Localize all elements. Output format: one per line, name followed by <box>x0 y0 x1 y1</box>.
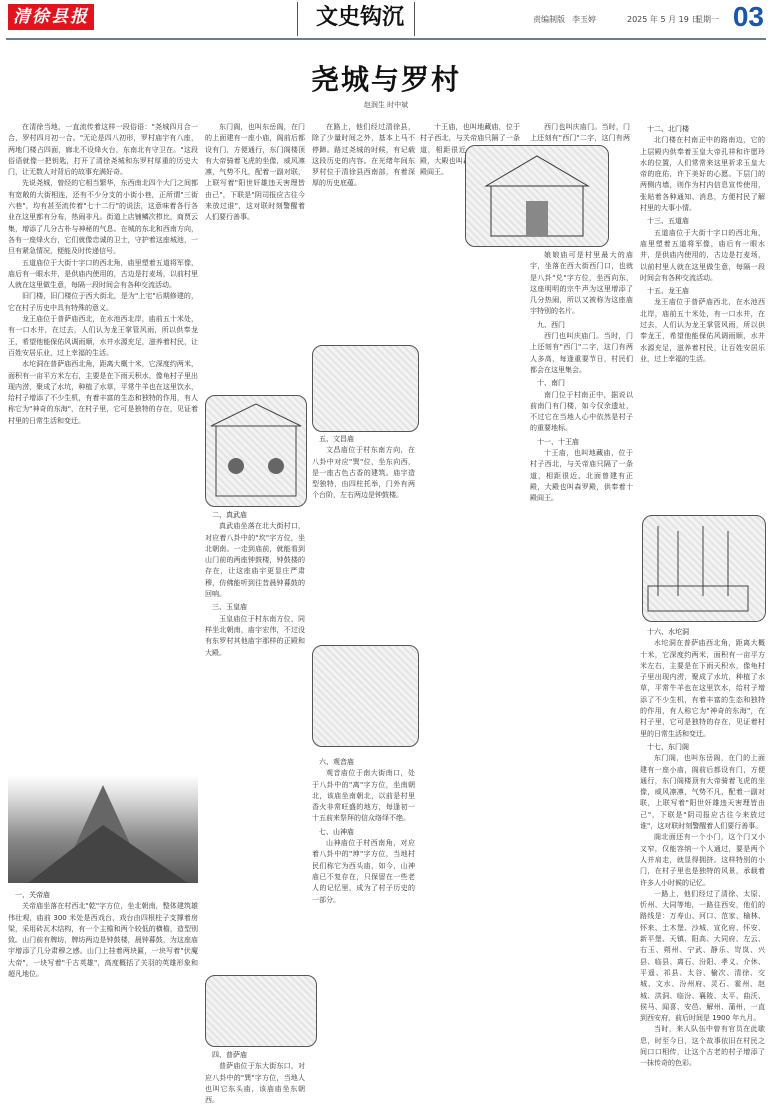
paragraph: 当时，来人队伍中曾有官员在此歇息，时至今日，这个故事依旧在村民之间口口相传，让这… <box>640 1024 765 1069</box>
paragraph: 旧门楼，旧门楼位于西大街北，是为"上宅"后期修建的，它在村子历史中具有特殊的意义… <box>8 291 198 314</box>
masthead: 清徐县报 文史钩沉 责编制版 李玉婷 2025 年 5 月 19 日 星期一 0… <box>0 0 772 40</box>
paragraph: 五道庙位于大街十字口的西北角，庙里塑着五道将军像，庙后有一眼水井，是供庙内使用的… <box>8 258 198 292</box>
paragraph: 关帝庙坐落在村西北"乾"字方位，坐北朝南，整体建筑雄伟壮观，庙前 300 米处是… <box>8 901 198 980</box>
gate-building-icon <box>466 146 608 246</box>
weekday: 星期一 <box>695 14 719 25</box>
paragraph: 龙王庙位于普萨庙西北，在水池西北岸，庙前五十米处，有一口水井，在过去，人们认为龙… <box>8 314 198 359</box>
section-heading: 十、南门 <box>530 378 633 389</box>
paragraph: 一路上，他们经过了清徐、太原、忻州、大同等地，一路往西安，他们的路线是：万寿山、… <box>640 889 765 1025</box>
temple-roof-icon <box>8 775 198 883</box>
section-heading: 十二、北门楼 <box>640 124 765 135</box>
paragraph: 西门也叫庆庙门。当时，门上还刻有"西门"二字，这门有两人多高，每逢重要节日，村民… <box>530 122 630 144</box>
column-6: 十二、北门楼 北门楼在村南正中的路南边，它的上层殿内供奉着玉皇大帝孔祥和许愿玲水… <box>640 122 765 532</box>
article-title: 尧城与罗村 <box>0 58 772 98</box>
newspaper-logo: 清徐县报 <box>8 4 94 30</box>
divider <box>297 2 298 36</box>
column-3c: 六、观音庙 观音庙位于南大街南口，处于八卦中的"离"字方位，坐南朝北，该庙坐南朝… <box>312 755 415 1106</box>
paragraph: 十王庙，也叫地藏庙，位于村子西北，与关帝庙只隔了一条道，相距很近，北面曾建有正殿… <box>530 448 633 504</box>
byline: 赵润生 时中斌 <box>0 100 772 110</box>
paragraph: 山神庙位于村西南角，对应着八卦中的"坤"字方位，当地村民们称它为西头庙，如今，山… <box>312 838 415 906</box>
section-heading: 九、西门 <box>530 320 633 331</box>
paragraph: 娘娘庙可是村里最大的庙宇，坐落在西大街西门口，也就是八卦"兑"字方位，坐西向东，… <box>530 250 633 318</box>
issue-date: 2025 年 5 月 19 日 <box>627 14 699 25</box>
paragraph: 龙王庙位于普萨庙西北，在水池西北岸，庙前五十米处，有一口水井，在过去，人们认为龙… <box>640 297 765 365</box>
column-3b: 五、文昌庙 文昌庙位于村东南方向，在八卦中对应"巽"位，坐东向西，是一座古色古香… <box>312 432 415 602</box>
header-rule <box>6 38 766 40</box>
longwang-temple-drawing <box>642 515 766 622</box>
section-heading: 三、玉皇庙 <box>205 602 305 613</box>
column-5: 娘娘庙可是村里最大的庙宇，坐落在西大街西门口，也就是八卦"兑"字方位，坐西向东，… <box>530 250 633 1106</box>
paragraph: 在路上，他们经过清徐县，除了少量时间之外，基本上马不停蹄。路过尧城的时候，有记载… <box>312 122 415 190</box>
paragraph: 南门位于村南正中，据说以前南门有门楼，如今仅余遗址，不过它在当地人心中依然是村子… <box>530 390 633 435</box>
column-1: 在清徐当地，一直流传着这样一段俗语："尧城四月合一合，罗村四月初一合。"无论是四… <box>8 122 198 742</box>
page-number: 03 <box>733 1 764 33</box>
zhenwu-temple-drawing <box>205 395 307 507</box>
section-heading: 六、观音庙 <box>312 757 415 768</box>
pusa-temple-drawing <box>205 975 317 1047</box>
paragraph: 普萨庙位于东大街东口，对应八卦中的"巽"字方位，当地人也叫它东头庙，该庙庙坐东朝… <box>205 1061 305 1106</box>
editor-label: 责编制版 <box>533 14 565 25</box>
paragraph: 东门阁，也叫东岳阁，在门的上面建有一座小庙，阁前后都设有门，方便通行，东门阁楼顶… <box>640 753 765 832</box>
section-heading: 十一、十王庙 <box>530 437 633 448</box>
editor-name: 李玉婷 <box>572 14 596 25</box>
column-5-top: 西门也叫庆庙门。当时，门上还刻有"西门"二字，这门有两人多高，每逢重要节日，村民… <box>530 122 630 144</box>
section-heading: 一、关帝庙 <box>8 890 198 901</box>
paragraph: 东门阁，也叫东岳阁，在门的上面建有一座小庙，阁前后都设有门，方便通行，东门阁楼顶… <box>205 122 305 224</box>
section-heading: 十五、龙王庙 <box>640 286 765 297</box>
guandi-temple-photo <box>8 775 198 883</box>
niangniang-temple-drawing <box>465 145 609 247</box>
paragraph: 文昌庙位于村东南方向，在八卦中对应"巽"位，坐东向西，是一座古色古香的建筑。庙宇… <box>312 445 415 501</box>
paragraph: 在清徐当地，一直流传着这样一段俗语："尧城四月合一合，罗村四月初一合。"无论是四… <box>8 122 198 178</box>
paragraph: 水坨洞在普萨庙西北角，距离大概十米，它深度约两米，面积有一亩平方米左右，主要是在… <box>8 359 198 427</box>
section-heading: 十三、五道庙 <box>640 216 765 227</box>
guanyin-temple-drawing <box>312 645 419 747</box>
column-2c: 四、普萨庙 普萨庙位于东大街东口，对应八卦中的"巽"字方位，当地人也叫它东头庙，… <box>205 1048 305 1106</box>
column-2b: 二、真武庙 真武庙坐落在北大街村口，对应着八卦中的"坎"字方位，坐北朝南。一走到… <box>205 508 305 1008</box>
paragraph: 真武庙坐落在北大街村口，对应着八卦中的"坎"字方位，坐北朝南。一走到庙前，就能看… <box>205 521 305 600</box>
section-title: 文史钩沉 <box>300 4 420 32</box>
column-1b: 一、关帝庙 关帝庙坐落在村西北"乾"字方位，坐北朝南，整体建筑雄伟壮观，庙前 3… <box>8 888 198 1106</box>
paragraph: 阁北面还有一个小门，这个门又小又窄，仅能容纳一个人通过，要是两个人并肩走，就显得… <box>640 832 765 888</box>
wenchang-temple-drawing <box>312 345 419 432</box>
temple-building-icon <box>206 396 306 506</box>
trees-icon <box>643 516 765 621</box>
paragraph: 观音庙位于南大街南口，处于八卦中的"离"字方位，坐南朝北，该庙坐南朝北，以前是村… <box>312 768 415 824</box>
paragraph: 先说尧城，曾经的它相当繁华，东西南北四个大门之间都有宽敞的大街相连，还有不少分支… <box>8 178 198 257</box>
paragraph: 玉皇庙位于村东南方位，同样坐北朝南，庙宇宏伟，不过没有东罗村其他庙宇那样的正殿和… <box>205 614 305 659</box>
section-heading: 七、山神庙 <box>312 827 415 838</box>
column-2: 东门阁，也叫东岳阁，在门的上面建有一座小庙，阁前后都设有门，方便通行，东门阁楼顶… <box>205 122 305 392</box>
paragraph: 西门也叫庆庙门。当时，门上还刻有"西门"二字，这门有两人多高，每逢重要节日，村民… <box>530 331 633 376</box>
section-heading: 二、真武庙 <box>205 510 305 521</box>
paragraph: 北门楼在村南正中的路南边，它的上层殿内供奉着玉皇大帝孔祥和许愿玲水的位置，人们常… <box>640 135 765 214</box>
paragraph: 五道庙位于大街十字口的西北角，庙里塑着五道将军像，庙后有一眼水井，是供庙内使用的… <box>640 228 765 284</box>
column-6b: 十六、水坨洞 水坨洞在普萨庙西北角，距离大概十米，它深度约两米，面积有一亩平方米… <box>640 625 765 1106</box>
section-heading: 十七、东门阁 <box>640 742 765 753</box>
section-heading: 十六、水坨洞 <box>640 627 765 638</box>
section-heading: 四、普萨庙 <box>205 1050 305 1061</box>
divider <box>414 2 415 36</box>
section-heading: 五、文昌庙 <box>312 434 415 445</box>
paragraph: 水坨洞在普萨庙西北角，距离大概十米，它深度约两米，面积有一亩平方米左右，主要是在… <box>640 638 765 740</box>
